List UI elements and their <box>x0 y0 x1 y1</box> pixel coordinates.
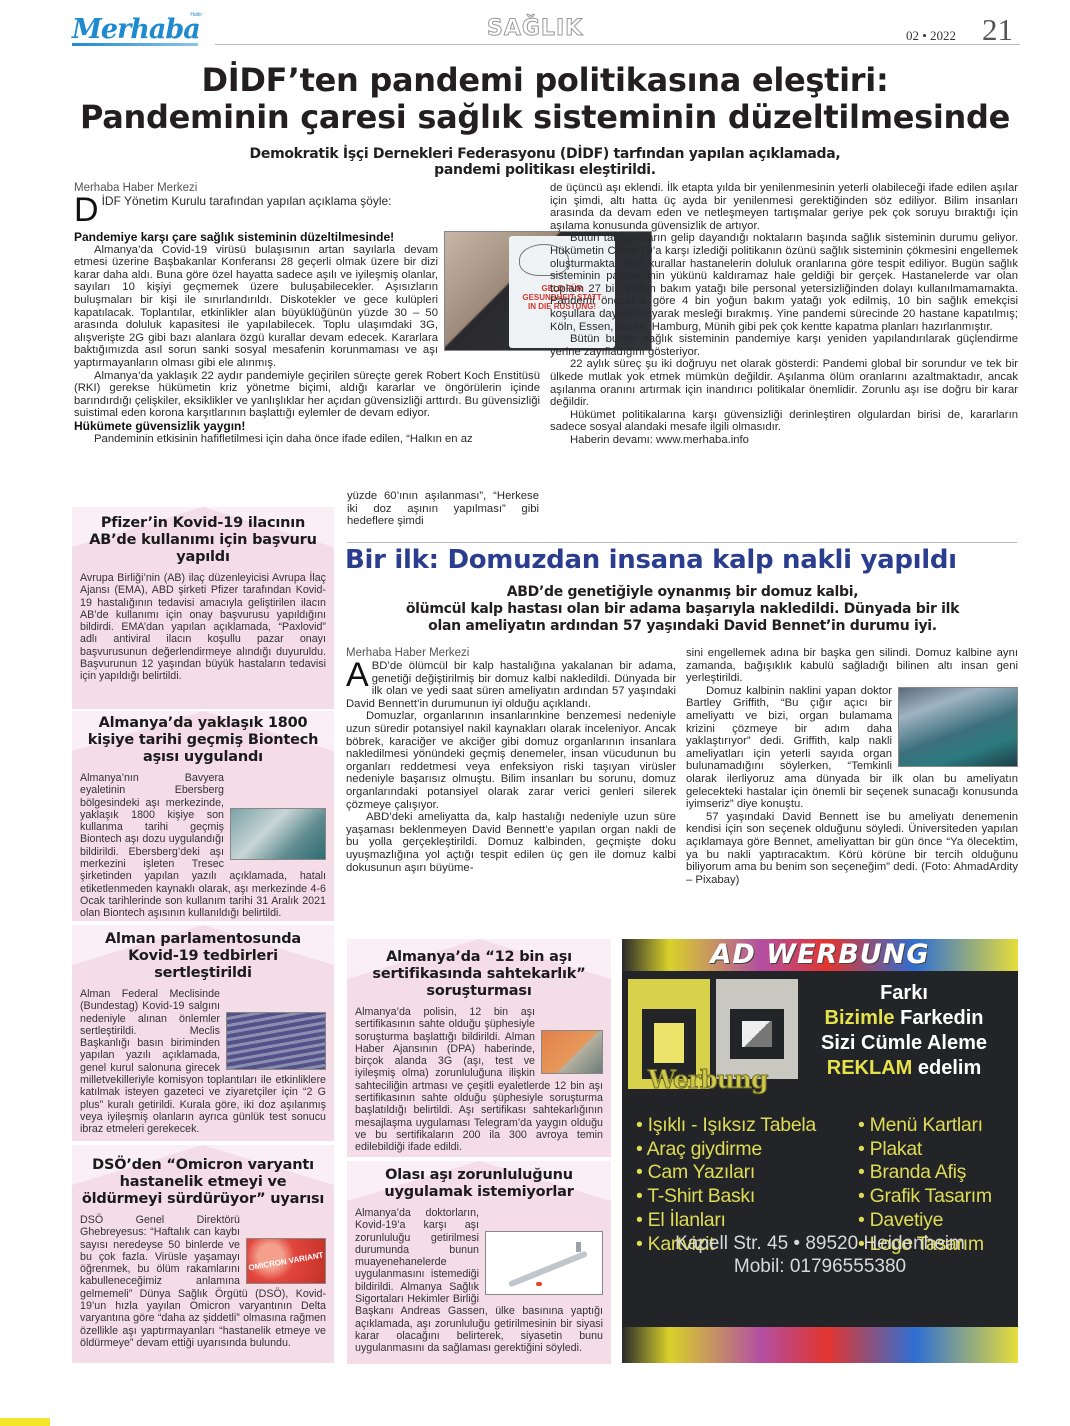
heart-deck: ABD’de genetiğiyle oynanmış bir domuz ka… <box>345 584 1020 635</box>
masthead: Merhaba Hallo SAĞLIK 02 • 2022 21 <box>72 14 1020 48</box>
news-box-certificate-fraud: Almanya’da “12 bin aşı sertifikasında sa… <box>347 939 611 1157</box>
main-deck: Demokratik İşçi Dernekleri Federasyonu (… <box>60 146 1030 178</box>
photo-omicron-variant: OMICRON VARIANT <box>246 1238 326 1284</box>
photo-phone-certificate <box>541 1030 603 1074</box>
news-box-bundestag: Alman parlamentosunda Kovid-19 tedbirler… <box>72 925 334 1141</box>
box-title: Almanya’da “12 bin aşı sertifikasında sa… <box>347 939 611 1000</box>
photo-vaccine-vial <box>230 808 326 860</box>
heart-headline: Bir ilk: Domuzdan insana kalp nakli yapı… <box>345 544 1020 576</box>
ad-phone[interactable]: Mobil: 01796555380 <box>622 1255 1018 1278</box>
main-article-right-column: de üçüncü aşı eklendi. İlk etapta yılda … <box>550 182 1018 446</box>
ad-contact: Kapell Str. 45 • 89520 Heidenheim Mobil:… <box>622 1232 1018 1278</box>
box-title: Olası aşı zorunluluğunu uygulamak istemi… <box>347 1161 611 1201</box>
ad-logo: Werbung <box>628 979 798 1099</box>
issue-date: 02 • 2022 <box>906 28 956 44</box>
ad-tagline: Farkı Bizimle Farkedin Sizi Cümle Aleme … <box>804 981 1004 1081</box>
main-article-left-column: Merhaba Haber Merkezi DİDF Yönetim Kurul… <box>74 182 540 445</box>
box-title: DSÖ’den “Omicron varyantı hastanelik etm… <box>72 1145 334 1208</box>
continue-link[interactable]: Haberin devamı: www.merhaba.info <box>550 434 1018 447</box>
subheading: Hükümete güvensizlik yaygın! <box>74 420 540 433</box>
ad-address: Kapell Str. 45 • 89520 Heidenheim <box>622 1232 1018 1255</box>
news-box-pfizer: Pfizer’in Kovid-19 ilacının AB’de kullan… <box>72 507 334 709</box>
dropcap: D <box>74 197 99 223</box>
news-box-biontech: Almanya’da yaklaşık 1800 kişiye tarihi g… <box>72 711 334 921</box>
main-article-continued: yüzde 60’ının aşılanması”, “Herkese iki … <box>347 490 539 528</box>
page-number: 21 <box>982 12 1013 48</box>
photo-syringe <box>485 1231 603 1295</box>
photo-operating-room <box>898 687 1018 767</box>
dropcap: A <box>346 662 369 688</box>
ad-bottom-band <box>622 1327 1018 1363</box>
photo-parliament <box>226 1012 326 1070</box>
heart-article-right-column: sini engellemek adına bir başka gen sili… <box>686 647 1018 886</box>
dateline: Merhaba Haber Merkezi <box>346 647 676 660</box>
page-corner-mark <box>0 1418 50 1426</box>
newspaper-logo: Merhaba Hallo <box>72 14 200 46</box>
section-rule <box>347 542 1017 543</box>
box-title: Pfizer’in Kovid-19 ilacının AB’de kullan… <box>72 507 334 566</box>
news-box-vaccine-mandate: Olası aşı zorunluluğunu uygulamak istemi… <box>347 1161 611 1364</box>
ad-banner: AD WERBUNG <box>622 939 1018 971</box>
box-title: Almanya’da yaklaşık 1800 kişiye tarihi g… <box>72 711 334 766</box>
main-headline: DİDF’ten pandemi politikasına eleştiri: … <box>60 62 1030 136</box>
heart-article-left-column: Merhaba Haber Merkezi ABD’de ölümcül bir… <box>346 647 676 874</box>
box-title: Alman parlamentosunda Kovid-19 tedbirler… <box>72 925 334 982</box>
news-box-omicron: DSÖ’den “Omicron varyantı hastanelik etm… <box>72 1145 334 1363</box>
masthead-rule <box>215 44 1020 45</box>
advertisement-ad-werbung[interactable]: AD WERBUNG Werbung Farkı Bizimle Farkedi… <box>622 939 1018 1363</box>
section-label: SAĞLIK <box>487 16 583 41</box>
